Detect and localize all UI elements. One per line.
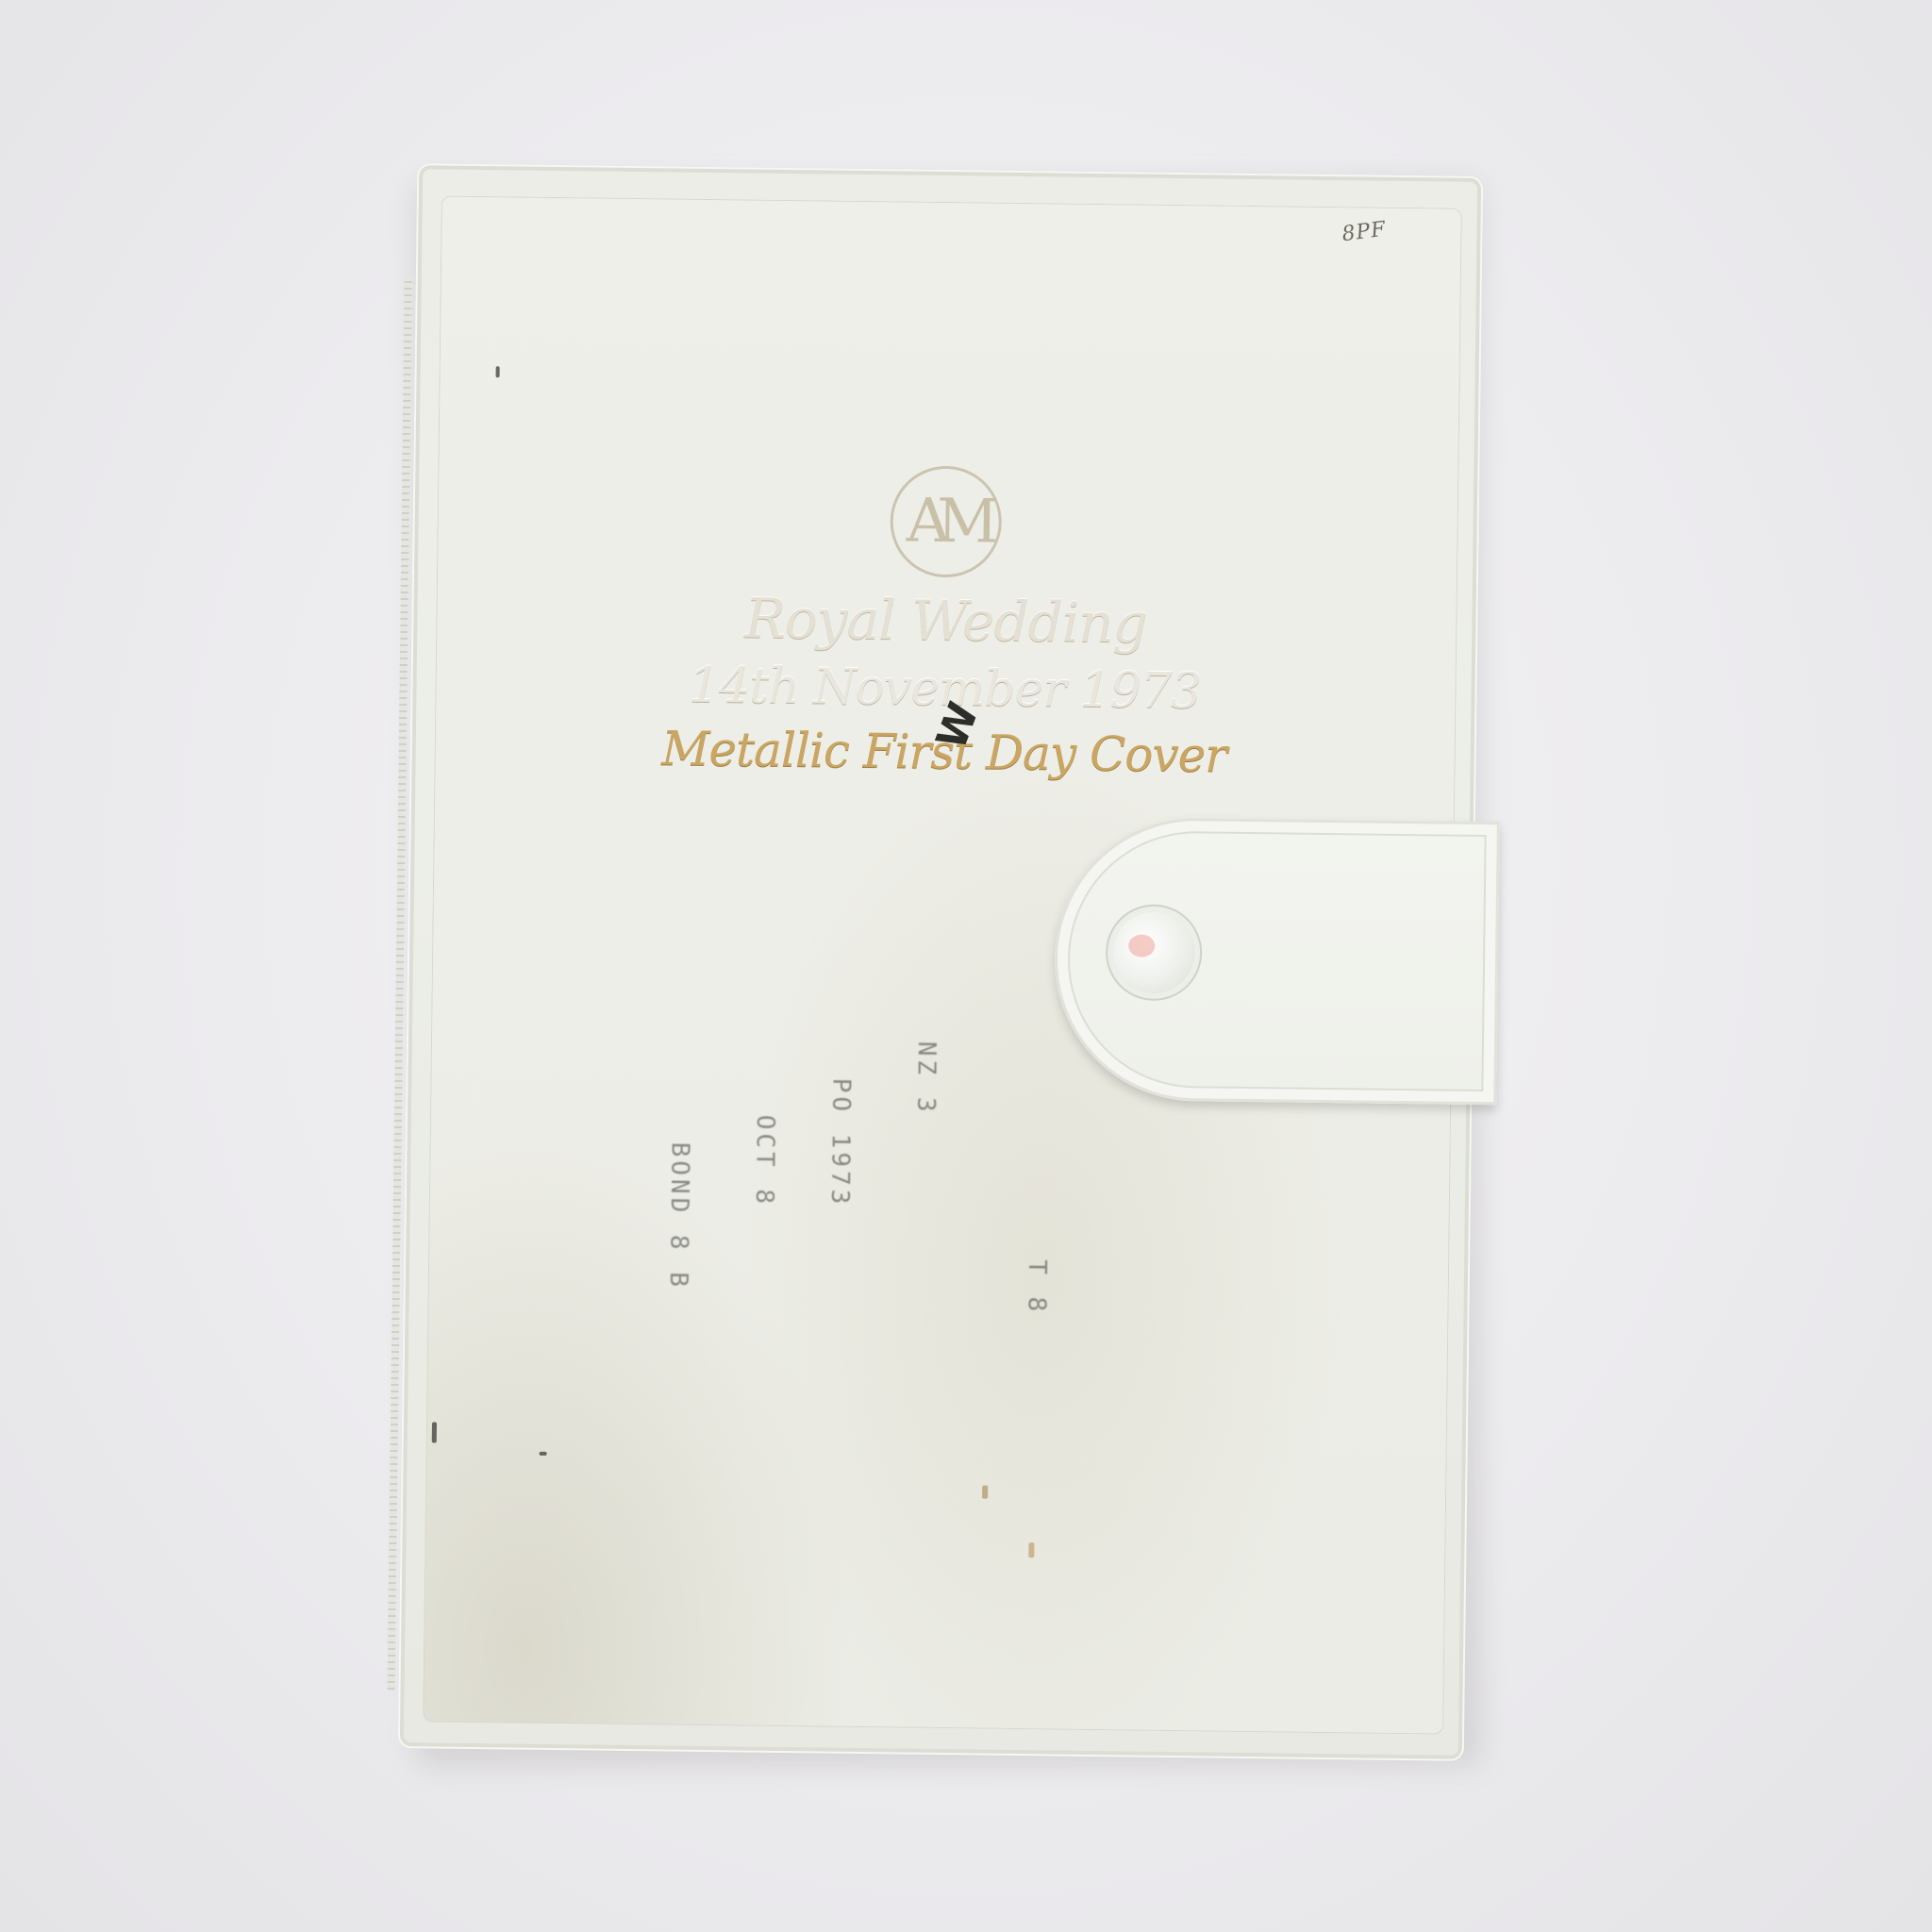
scuff-mark <box>496 366 500 377</box>
wallet-spine-edge <box>388 276 412 1691</box>
title-royal-wedding: Royal Wedding <box>587 584 1305 657</box>
scuff-mark <box>1028 1542 1034 1557</box>
ink-column: OCT 8 <box>750 1115 779 1208</box>
ink-column: T 8 <box>1022 1259 1051 1315</box>
monogram-letters: AM <box>906 487 986 558</box>
scuff-mark <box>982 1486 988 1499</box>
scuff-mark <box>432 1422 437 1442</box>
ink-column: BOND 8 B <box>664 1141 694 1291</box>
snap-clasp-tab[interactable] <box>1053 816 1500 1105</box>
wallet-front-cover: 8PF AM Royal Wedding 14th November 1973 … <box>423 195 1462 1734</box>
embossed-title: Royal Wedding 14th November 1973 Metalli… <box>585 584 1304 783</box>
monogram-emblem-icon: AM <box>890 465 1002 577</box>
snap-button-icon[interactable] <box>1113 911 1195 993</box>
snap-pink-tint <box>1128 934 1155 957</box>
ink-column: NZ 3 <box>911 1041 941 1116</box>
scuff-mark <box>540 1452 547 1456</box>
ink-column: PO 1973 <box>825 1078 856 1208</box>
corner-handwritten-mark: 8PF <box>1341 218 1388 247</box>
ink-transfer-marks: BOND 8 B OCT 8 PO 1973 NZ 3 T 8 <box>641 981 1092 1572</box>
first-day-cover-wallet: 8PF AM Royal Wedding 14th November 1973 … <box>398 163 1483 1761</box>
